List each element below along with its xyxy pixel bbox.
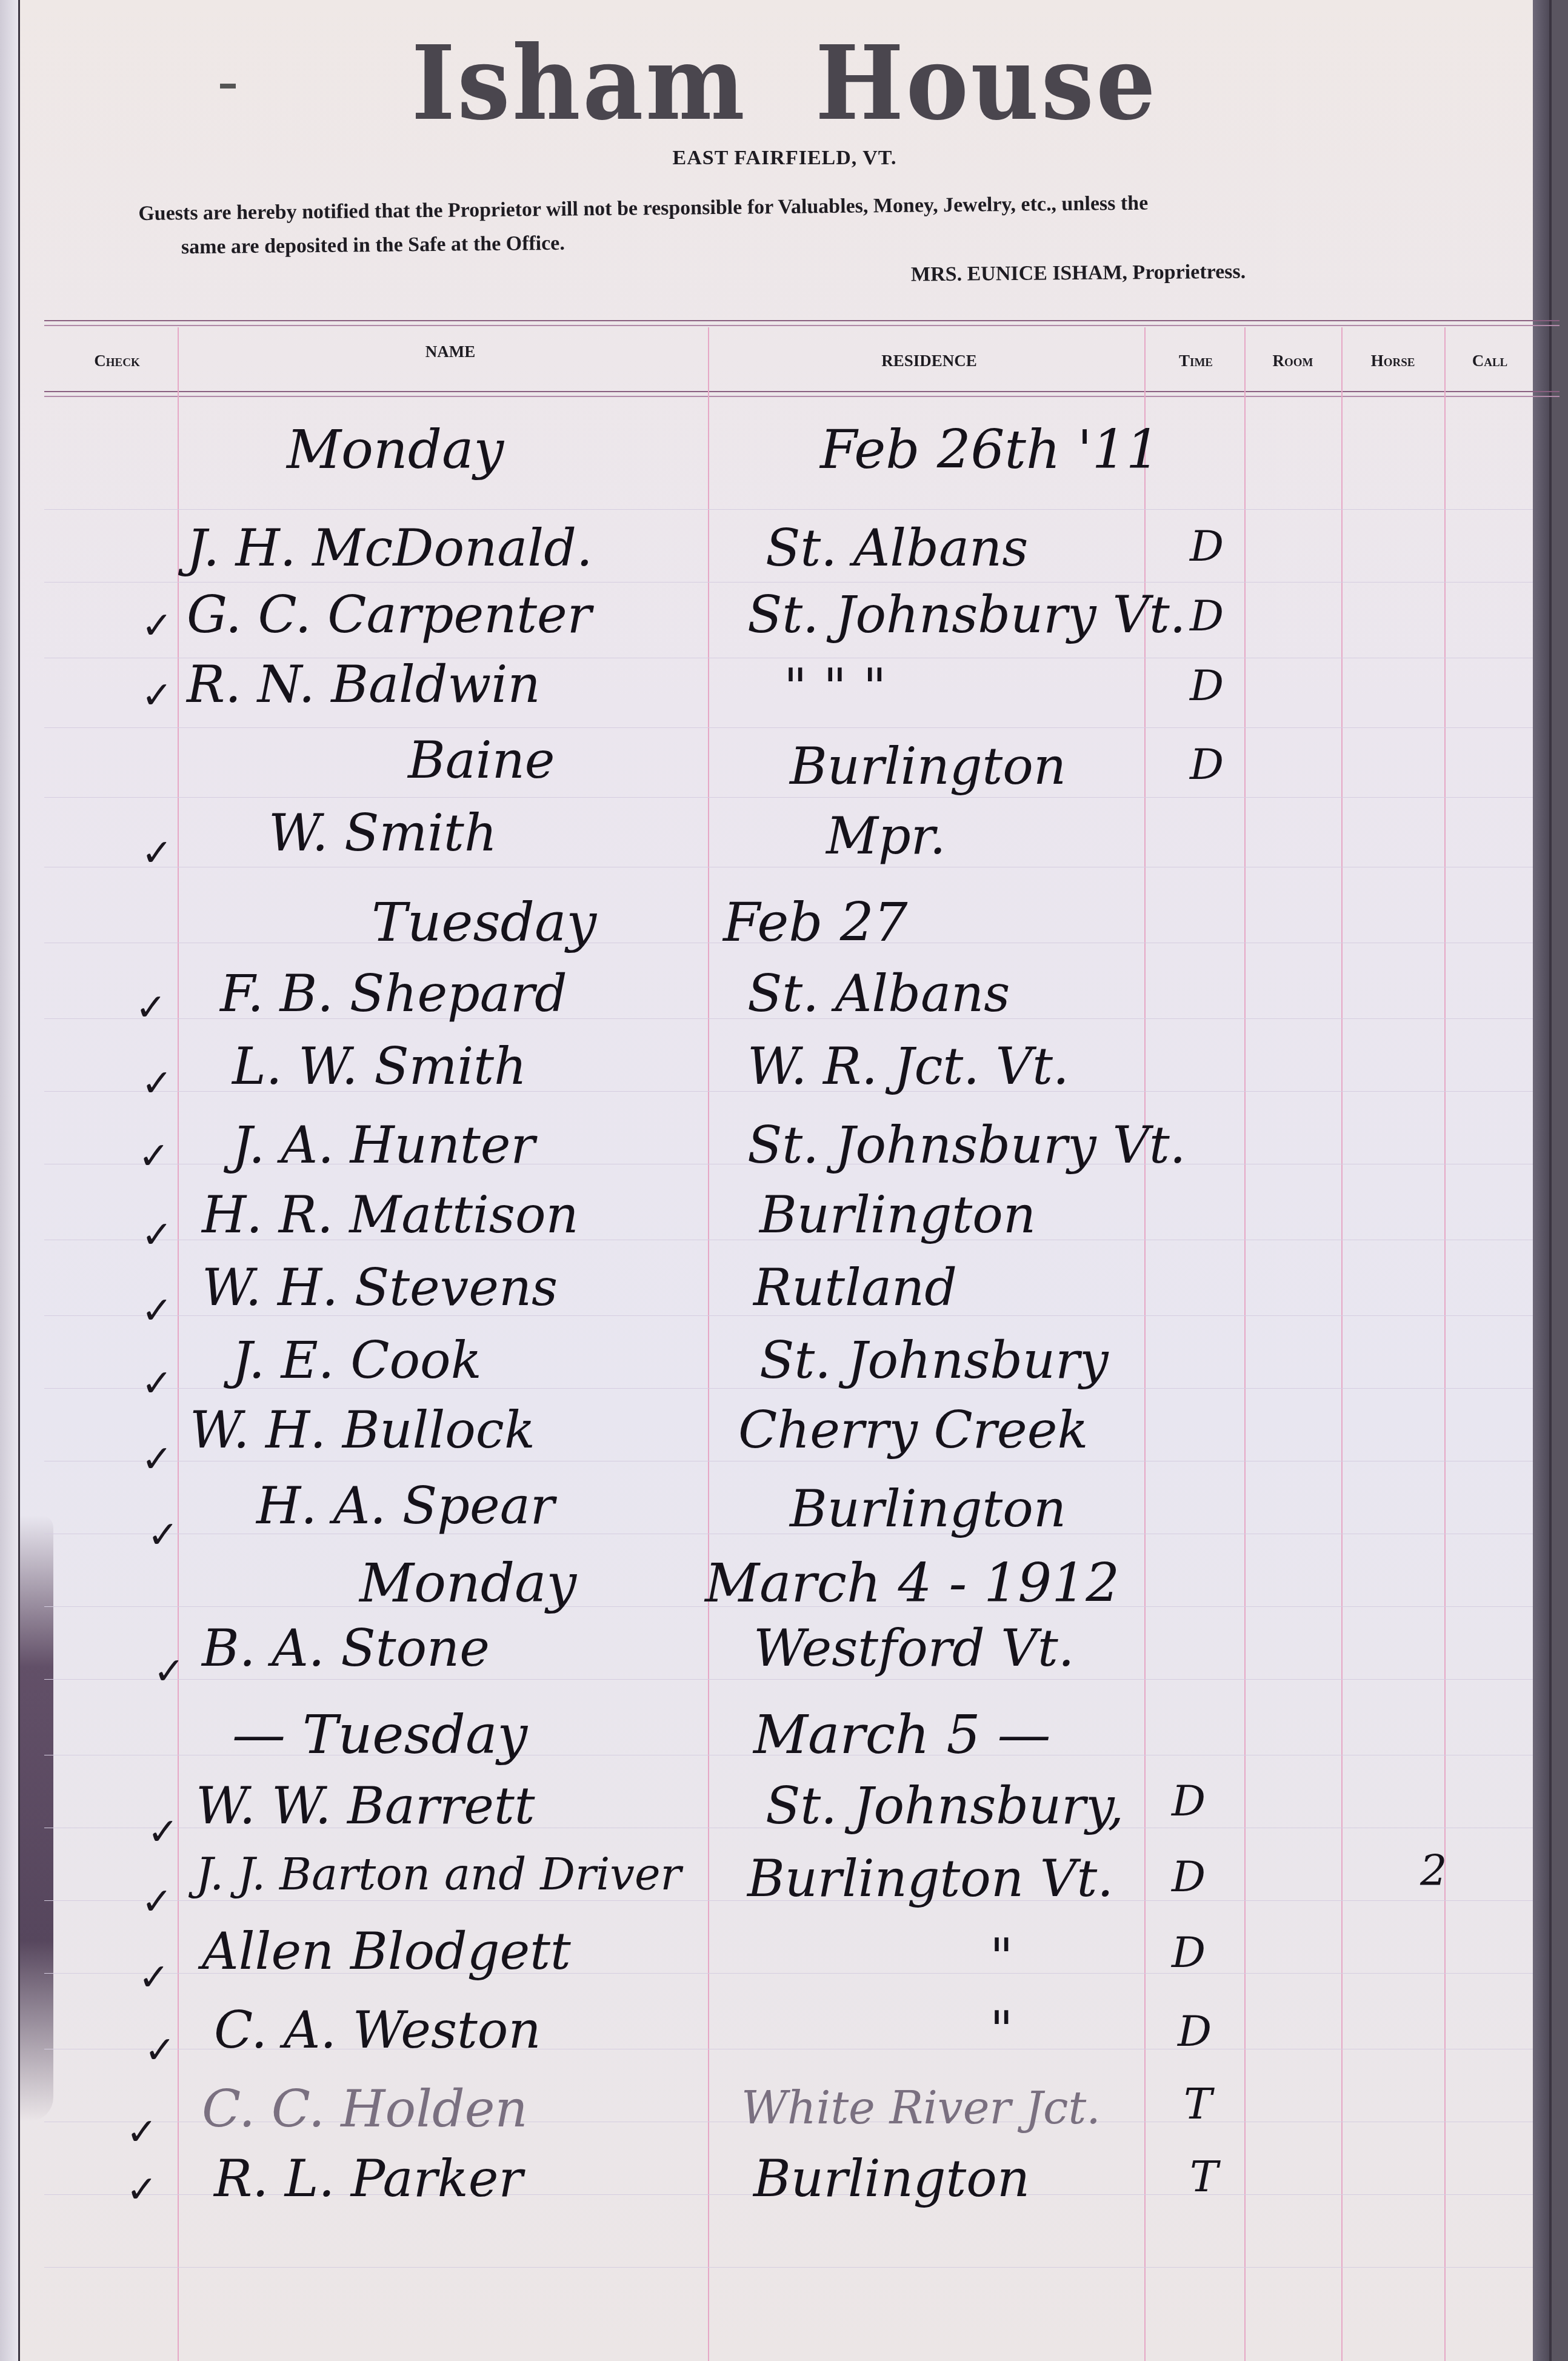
checkmark-icon: ✓ [135,985,167,1029]
guest-residence: Mpr. [826,806,946,866]
guest-residence: Burlington [753,2149,1030,2208]
column-divider [178,327,179,2361]
checkmark-icon: ✓ [141,830,173,875]
guest-residence: Cherry Creek [738,1400,1088,1460]
valuables-notice: Guests are hereby notified that the Prop… [138,183,1472,265]
guest-name: R. N. Baldwin [187,655,541,714]
date-heading-day: — Tuesday [232,1703,527,1766]
column-header-time: Time [1153,352,1238,370]
proprietress-name: MRS. EUNICE ISHAM, Proprietress. [911,261,1246,287]
ruling-line [44,1679,1533,1680]
guest-name: J. E. Cook [232,1331,482,1390]
ruling-line [44,582,1533,583]
book-edge [1533,0,1549,2361]
guest-time: D [1172,1928,1206,1977]
guest-time: D [1190,521,1224,571]
hotel-name: Isham House [81,23,1488,143]
column-divider [1341,327,1343,2361]
column-header-residence: RESIDENCE [814,352,1044,370]
guest-name: J. H. McDonald. [187,518,593,578]
guest-time: D [1190,591,1224,641]
guest-name: Allen Blodgett [202,1922,571,1981]
guest-name: G. C. Carpenter [187,585,592,644]
guest-name: Baine [408,730,555,790]
checkmark-icon: ✓ [141,1212,173,1257]
guest-name: R. L. Parker [214,2149,523,2208]
column-divider [708,327,709,2361]
guest-residence: Burlington Vt. [747,1849,1113,1908]
guest-residence: W. R. Jct. Vt. [747,1037,1069,1096]
date-heading-date: Feb 27 [723,891,908,953]
guest-time: D [1190,661,1224,710]
column-header-name: NAME [359,342,541,361]
date-heading-day: Monday [287,418,504,481]
header-bottom-rule [44,391,1560,397]
guest-time: D [1190,740,1224,789]
ruling-line [44,727,1533,728]
guest-residence: Burlington [790,1479,1066,1538]
checkmark-icon: ✓ [141,1361,173,1405]
guest-name: C. C. Holden [202,2079,528,2139]
guest-residence: " " " [784,658,886,717]
column-header-room: Room [1250,352,1335,370]
column-divider [1244,327,1246,2361]
ruling-line [44,509,1533,510]
column-divider [1444,327,1446,2361]
checkmark-icon: ✓ [147,1809,179,1854]
ruling-line [44,797,1533,798]
guest-residence: Burlington [790,736,1066,796]
guest-time: T [1190,2152,1218,2202]
guest-name: B. A. Stone [202,1618,490,1678]
checkmark-icon: ✓ [126,2167,158,2211]
guest-name: H. R. Mattison [202,1185,579,1244]
register-page: Isham House EAST FAIRFIELD, VT. Guests a… [18,0,1552,2361]
date-heading-date: March 4 - 1912 [705,1552,1119,1614]
checkmark-icon: ✓ [153,1649,185,1693]
checkmark-icon: ✓ [141,603,173,647]
checkmark-icon: ✓ [126,2109,158,2154]
guest-name: W. W. Barrett [196,1776,535,1835]
guest-time: D [1172,1776,1206,1826]
guest-residence: St. Johnsbury [759,1331,1109,1390]
checkmark-icon: ✓ [141,1879,173,1923]
guest-name: J. J. Barton and Driver [196,1849,681,1900]
checkmark-icon: ✓ [141,673,173,717]
guest-residence: St. Johnsbury Vt. [747,585,1186,644]
book-binding [0,0,18,2361]
ruling-line [44,1461,1533,1461]
notice-line-2: same are deposited in the Safe at the Of… [139,217,1472,265]
guest-name: H. A. Spear [256,1476,555,1535]
notice-line-1: Guests are hereby notified that the Prop… [138,192,1148,225]
column-header-call: Call [1447,352,1532,370]
guest-residence: Westford Vt. [753,1618,1074,1678]
checkmark-icon: ✓ [144,2028,176,2072]
guest-name: W. H. Bullock [190,1400,535,1460]
guest-residence: St. Albans [747,964,1010,1023]
guest-time: D [1178,2006,1212,2056]
guest-residence: White River Jct. [741,2082,1101,2134]
checkmark-icon: ✓ [141,1061,173,1105]
header-top-rule [44,320,1560,326]
column-header-horse: Horse [1347,352,1438,370]
checkmark-icon: ✓ [141,1288,173,1332]
date-heading-date: March 5 — [753,1703,1051,1766]
ruling-line [44,2267,1533,2268]
guest-time: T [1184,2079,1212,2129]
guest-time: D [1172,1852,1206,1902]
hotel-location: EAST FAIRFIELD, VT. [20,147,1549,170]
column-header-check: Check [81,352,153,370]
checkmark-icon: ✓ [138,1134,170,1178]
guest-residence: St. Albans [766,518,1028,578]
guest-name: W. Smith [269,803,497,863]
guest-residence: Burlington [759,1185,1036,1244]
checkmark-icon: ✓ [138,1955,170,1999]
guest-residence: " [990,2000,1013,2060]
checkmark-icon: ✓ [147,1512,179,1557]
guest-residence: " [990,1928,1013,1987]
date-heading-day: Monday [359,1552,576,1614]
date-heading-date: Feb 26th '11 [820,418,1160,481]
guest-name: L. W. Smith [232,1037,527,1096]
guest-name: W. H. Stevens [202,1258,558,1317]
guest-horse-count: 2 [1420,1846,1447,1895]
ruling-line [44,867,1533,867]
guest-residence: St. Johnsbury, [766,1776,1124,1835]
guest-residence: St. Johnsbury Vt. [747,1115,1186,1175]
guest-name: J. A. Hunter [232,1115,535,1175]
guest-name: F. B. Shepard [220,964,567,1023]
checkmark-icon: ✓ [141,1437,173,1481]
guest-residence: Rutland [753,1258,957,1317]
guest-name: C. A. Weston [214,2000,541,2060]
date-heading-day: Tuesday [372,891,596,953]
